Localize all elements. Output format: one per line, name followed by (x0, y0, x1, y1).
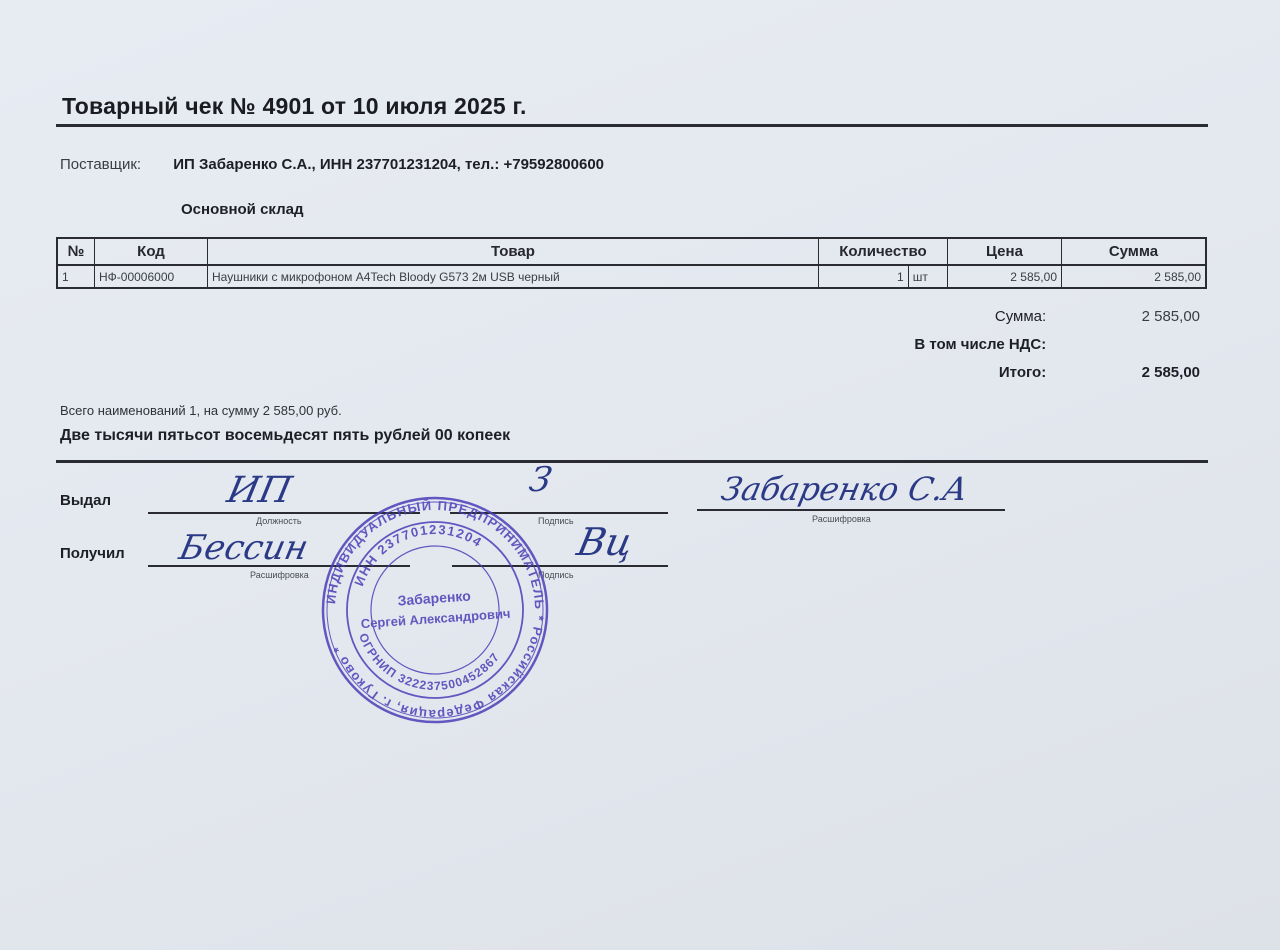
total-value: 2 585,00 (1116, 364, 1200, 381)
amount-in-words: Две тысячи пятьсот восемьдесят пять рубл… (60, 427, 510, 445)
totals-vat-row: В том числе НДС: (860, 330, 1200, 358)
items-table: № Код Товар Количество Цена Сумма 1 НФ-0… (56, 237, 1207, 289)
document-title: Товарный чек № 4901 от 10 июля 2025 г. (62, 93, 527, 120)
cell-sum: 2 585,00 (1062, 265, 1207, 288)
header-quantity: Количество (819, 238, 948, 265)
cell-num: 1 (57, 265, 95, 288)
summary-count-line: Всего наименований 1, на сумму 2 585,00 … (60, 403, 342, 418)
received-decoding-handwriting: Бессин (176, 528, 312, 568)
cell-quantity: 1 (819, 265, 909, 288)
supplier-value: ИП Забаренко С.А., ИНН 237701231204, тел… (173, 156, 604, 173)
receipt-page: Товарный чек № 4901 от 10 июля 2025 г. П… (0, 0, 1280, 950)
table-header-row: № Код Товар Количество Цена Сумма (57, 238, 1206, 265)
svg-text:Сергей Александрович: Сергей Александрович (360, 606, 511, 631)
company-stamp: ИНДИВИДУАЛЬНЫЙ ПРЕДПРИНИМАТЕЛЬ * Российс… (312, 487, 557, 732)
supplier-row: Поставщик: ИП Забаренко С.А., ИНН 237701… (60, 156, 604, 173)
table-row: 1 НФ-00006000 Наушники с микрофоном A4Te… (57, 265, 1206, 288)
totals-block: Сумма: 2 585,00 В том числе НДС: Итого: … (860, 302, 1200, 386)
issued-position-caption: Должность (256, 516, 302, 526)
signature-divider (56, 460, 1208, 463)
cell-product: Наушники с микрофоном A4Tech Bloody G573… (208, 265, 819, 288)
title-divider (56, 124, 1208, 127)
cell-code: НФ-00006000 (95, 265, 208, 288)
header-product: Товар (208, 238, 819, 265)
svg-text:Забаренко: Забаренко (397, 587, 471, 608)
warehouse-name: Основной склад (181, 201, 304, 218)
stamp-seal-icon: ИНДИВИДУАЛЬНЫЙ ПРЕДПРИНИМАТЕЛЬ * Российс… (312, 487, 557, 732)
received-decoding-caption: Расшифровка (250, 570, 309, 580)
sum-label: Сумма: (860, 308, 1046, 325)
cell-price: 2 585,00 (948, 265, 1062, 288)
svg-text:ОГРНИП 322237500452867: ОГРНИП 322237500452867 (356, 622, 505, 699)
header-sum: Сумма (1062, 238, 1207, 265)
issued-position-handwriting: ИП (224, 470, 296, 511)
cell-unit: шт (908, 265, 947, 288)
vat-label: В том числе НДС: (860, 336, 1046, 353)
sum-value: 2 585,00 (1116, 308, 1200, 325)
header-num: № (57, 238, 95, 265)
totals-total-row: Итого: 2 585,00 (860, 358, 1200, 386)
total-label: Итого: (860, 364, 1046, 381)
issued-decoding-caption: Расшифровка (812, 514, 871, 524)
issued-label: Выдал (60, 492, 111, 509)
header-price: Цена (948, 238, 1062, 265)
received-label: Получил (60, 545, 125, 562)
header-code: Код (95, 238, 208, 265)
supplier-label: Поставщик: (60, 156, 141, 173)
issued-decoding-handwriting: Забаренко С.А (718, 470, 972, 508)
received-signature-handwriting: Вц (573, 520, 637, 564)
issued-decoding-line (697, 509, 1005, 511)
totals-sum-row: Сумма: 2 585,00 (860, 302, 1200, 330)
